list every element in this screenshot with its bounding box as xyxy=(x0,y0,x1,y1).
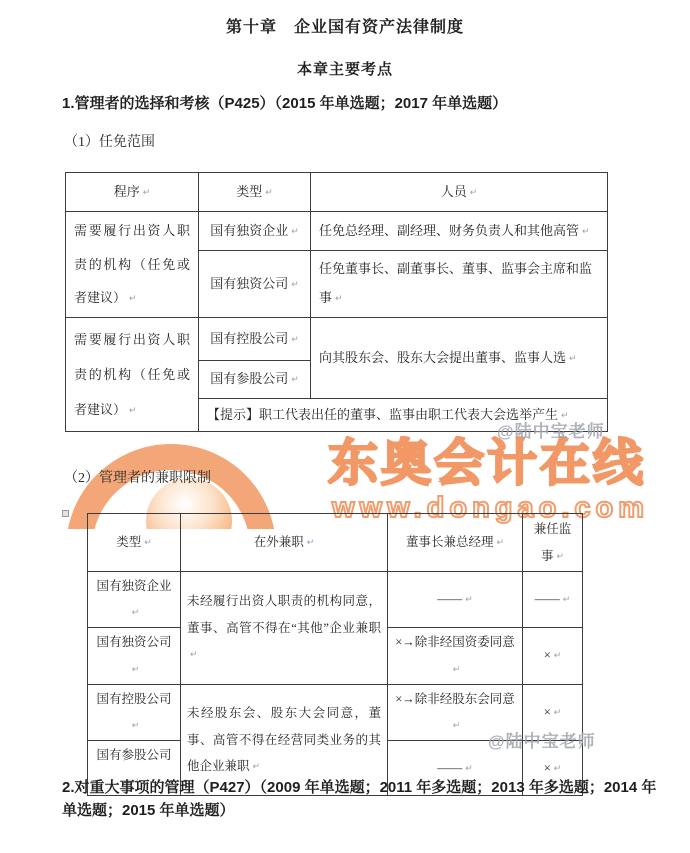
header-cell-supervisor: 兼任监事 xyxy=(523,514,583,572)
type-cell: 国有独资企业 xyxy=(88,572,181,628)
table-row: 需要履行出资人职责的机构（任免或者建议） 国有独资企业 任免总经理、副经理、财务… xyxy=(66,212,608,251)
subsection1-label: （1）任免范围 xyxy=(64,131,155,151)
image-anchor-artifact xyxy=(62,510,69,517)
procedure-cell: 需要履行出资人职责的机构（任免或者建议） xyxy=(66,318,199,432)
type-cell: 国有控股公司 xyxy=(88,684,181,740)
section1-heading: 1.管理者的选择和考核（P425）（2015 年单选题；2017 年单选题） xyxy=(62,92,662,115)
header-cell-type: 类型 xyxy=(88,514,181,572)
supervisor-cell: —— xyxy=(523,572,583,628)
type-cell: 国有独资公司 xyxy=(88,627,181,684)
person-cell: 向其股东会、股东大会提出董事、监事人选 xyxy=(311,318,608,399)
document-page: { "page": { "title": "第十章 企业国有资产法律制度", "… xyxy=(0,0,690,853)
table-row: 国有控股公司 未经股东会、股东大会同意，董事、高管不得在经营同类业务的其他企业兼… xyxy=(88,684,583,740)
appointment-scope-table: 程序 类型 人员 需要履行出资人职责的机构（任免或者建议） 国有独资企业 任免总… xyxy=(65,172,608,432)
note-cell: 【提示】职工代表出任的董事、监事由职工代表大会选举产生 xyxy=(199,399,608,432)
supervisor-cell: × xyxy=(523,684,583,740)
chairman-gm-cell: ×→除非经国资委同意 xyxy=(388,627,523,684)
subsection2-label: （2）管理者的兼职限制 xyxy=(64,467,211,487)
header-cell-procedure: 程序 xyxy=(66,173,199,212)
chairman-gm-cell: —— xyxy=(388,572,523,628)
table-header-row: 类型 在外兼职 董事长兼总经理 兼任监事 xyxy=(88,514,583,572)
page-title: 第十章 企业国有资产法律制度 xyxy=(0,14,690,37)
header-cell-chairman-gm: 董事长兼总经理 xyxy=(388,514,523,572)
supervisor-cell: × xyxy=(523,627,583,684)
chairman-gm-cell: ×→除非经股东会同意 xyxy=(388,684,523,740)
type-cell: 国有控股公司 xyxy=(199,318,311,361)
procedure-cell: 需要履行出资人职责的机构（任免或者建议） xyxy=(66,212,199,318)
type-cell: 国有独资企业 xyxy=(199,212,311,251)
person-cell: 任免董事长、副董事长、董事、监事会主席和监事 xyxy=(311,251,608,318)
person-cell: 任免总经理、副经理、财务负责人和其他高管 xyxy=(311,212,608,251)
page-subtitle: 本章主要考点 xyxy=(0,58,690,79)
concurrent-post-table: 类型 在外兼职 董事长兼总经理 兼任监事 国有独资企业 未经履行出资人职责的机构… xyxy=(87,513,583,796)
table-row: 国有独资企业 未经履行出资人职责的机构同意，董事、高管不得在“其他”企业兼职 —… xyxy=(88,572,583,628)
section2-heading: 2.对重大事项的管理（P427）（2009 年单选题；2011 年多选题；201… xyxy=(62,776,662,823)
header-cell-person: 人员 xyxy=(311,173,608,212)
outside-post-cell: 未经履行出资人职责的机构同意，董事、高管不得在“其他”企业兼职 xyxy=(181,572,388,685)
header-cell-outside-post: 在外兼职 xyxy=(181,514,388,572)
type-cell: 国有参股公司 xyxy=(199,361,311,399)
table-header-row: 程序 类型 人员 xyxy=(66,173,608,212)
header-cell-type: 类型 xyxy=(199,173,311,212)
type-cell: 国有独资公司 xyxy=(199,251,311,318)
table-row: 需要履行出资人职责的机构（任免或者建议） 国有控股公司 向其股东会、股东大会提出… xyxy=(66,318,608,361)
